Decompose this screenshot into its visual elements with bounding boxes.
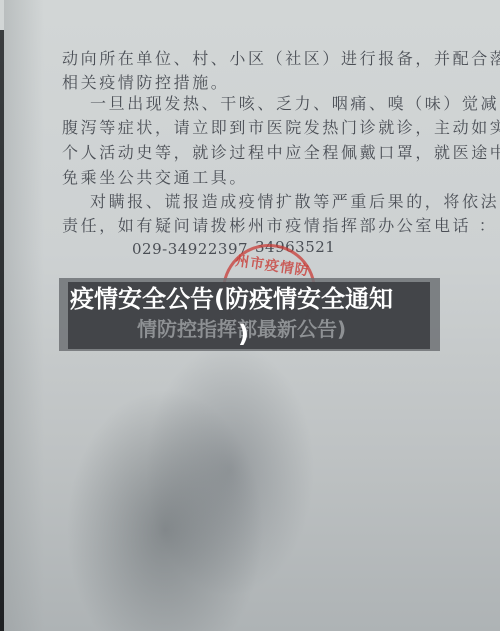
- document-line: 腹泻等症状，请立即到市医院发热门诊就诊，主动如实告知: [62, 118, 500, 138]
- document-line: 免乘坐公共交通工具。: [62, 168, 248, 188]
- banner-title-paren: ): [238, 320, 249, 348]
- phone-number-1: 029-34922397: [132, 240, 248, 258]
- document-line: 动向所在单位、村、小区（社区）进行报备，并配合落实好: [62, 49, 500, 69]
- document-line: 相关疫情防控措施。: [62, 73, 229, 93]
- document-line: 责任，如有疑问请拨彬州市疫情指挥部办公室电话 ：: [62, 216, 498, 236]
- photo-left-shade: [4, 0, 44, 631]
- document-line: 对瞒报、谎报造成疫情扩散等严重后果的，将依法追究: [90, 192, 500, 212]
- stamp-text: 州市疫情防: [234, 250, 306, 280]
- banner-title: 疫情安全公告(防疫情安全通知: [70, 284, 393, 314]
- document-line: 个人活动史等，就诊过程中应全程佩戴口罩，就医途中应避: [62, 143, 500, 163]
- document-line: 一旦出现发热、干咳、乏力、咽痛、嗅（味）觉减退、: [90, 94, 500, 114]
